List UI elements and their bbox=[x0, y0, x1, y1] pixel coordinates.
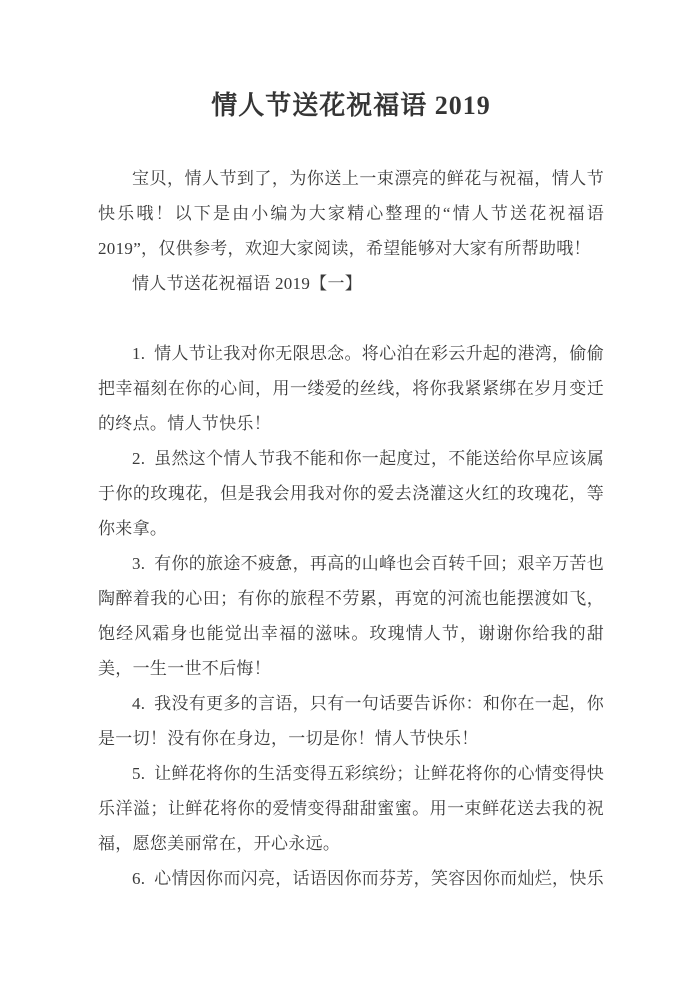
blessing-item-4: 4. 我没有更多的言语，只有一句话要告诉你：和你在一起，你是一切！没有你在身边，… bbox=[98, 686, 604, 756]
blessing-item-3: 3. 有你的旅途不疲惫，再高的山峰也会百转千回；艰辛万苦也陶醉着我的心田；有你的… bbox=[98, 546, 604, 686]
intro-paragraph: 宝贝，情人节到了，为你送上一束漂亮的鲜花与祝福，情人节快乐哦！以下是由小编为大家… bbox=[98, 161, 604, 266]
blessing-item-5: 5. 让鲜花将你的生活变得五彩缤纷；让鲜花将你的心情变得快乐洋溢；让鲜花将你的爱… bbox=[98, 756, 604, 861]
section-heading: 情人节送花祝福语 2019【一】 bbox=[98, 266, 604, 301]
document-page: 情人节送花祝福语 2019 宝贝，情人节到了，为你送上一束漂亮的鲜花与祝福，情人… bbox=[0, 0, 700, 989]
blessing-item-6: 6. 心情因你而闪亮，话语因你而芬芳，笑容因你而灿烂，快乐 bbox=[98, 861, 604, 896]
blessing-item-1: 1. 情人节让我对你无限思念。将心泊在彩云升起的港湾，偷偷把幸福刻在你的心间，用… bbox=[98, 336, 604, 441]
blessing-item-2: 2. 虽然这个情人节我不能和你一起度过，不能送给你早应该属于你的玫瑰花，但是我会… bbox=[98, 441, 604, 546]
document-title: 情人节送花祝福语 2019 bbox=[98, 86, 604, 126]
